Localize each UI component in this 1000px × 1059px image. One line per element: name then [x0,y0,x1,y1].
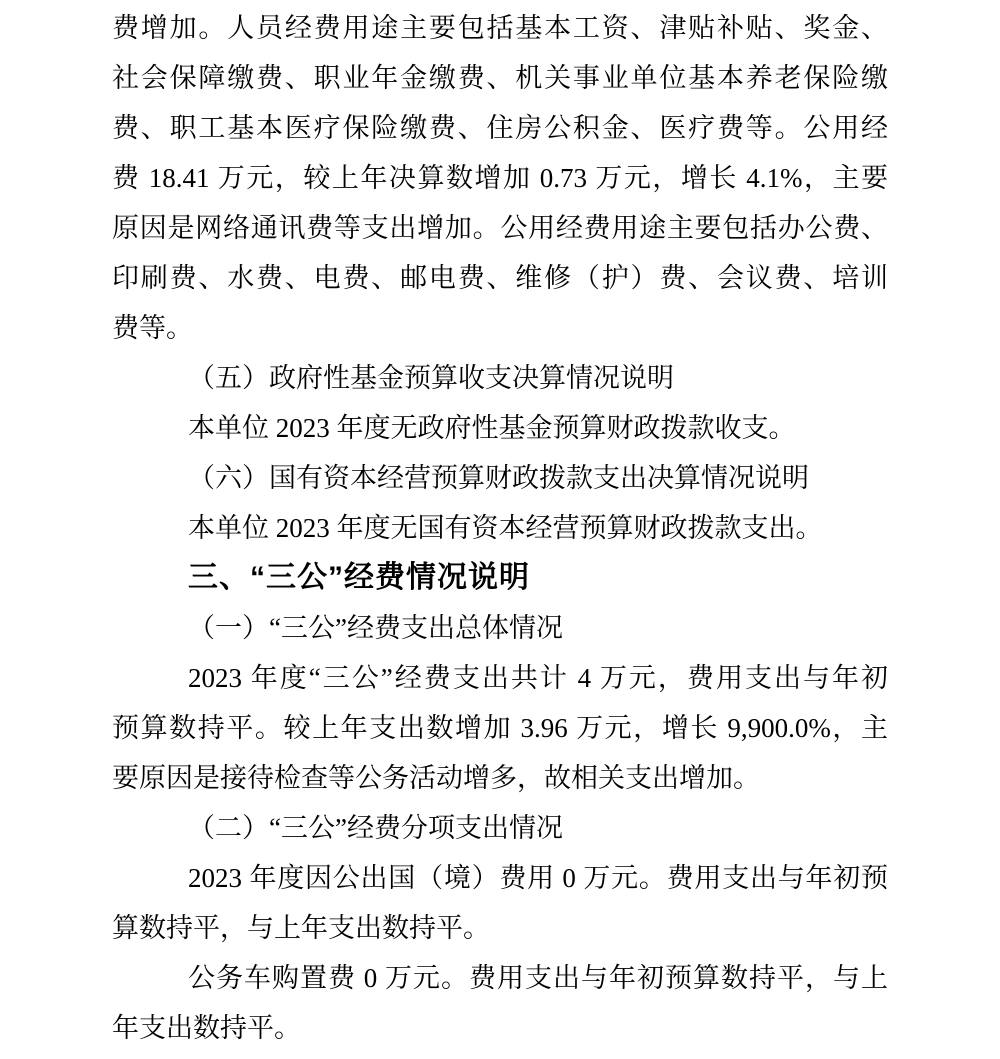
doc-line: 印刷费、水费、电费、邮电费、维修（护）费、会议费、培训 [112,253,888,303]
paragraph-gov-fund: 本单位 2023 年度无政府性基金预算财政拨款收支。 [112,403,888,453]
paragraph-overall-expense: 2023 年度“三公”经费支出共计 4 万元，费用支出与年初 [112,653,888,703]
subsection-heading-itemized: （二）“三公”经费分项支出情况 [112,803,888,853]
doc-line: 预算数持平。较上年支出数增加 3.96 万元，增长 9,900.0%，主 [112,703,888,753]
subsection-heading-overall: （一）“三公”经费支出总体情况 [112,603,888,653]
paragraph-state-capital: 本单位 2023 年度无国有资本经营预算财政拨款支出。 [112,503,888,553]
doc-line: 原因是网络通讯费等支出增加。公用经费用途主要包括办公费、 [112,203,888,253]
doc-line: 费等。 [112,303,888,353]
document-page: 费增加。人员经费用途主要包括基本工资、津贴补贴、奖金、 社会保障缴费、职业年金缴… [0,0,1000,1059]
doc-line: 年支出数持平。 [112,1003,888,1053]
paragraph-abroad-expense: 2023 年度因公出国（境）费用 0 万元。费用支出与年初预 [112,853,888,903]
doc-line: 费、职工基本医疗保险缴费、住房公积金、医疗费等。公用经 [112,103,888,153]
doc-line: 要原因是接待检查等公务活动增多，故相关支出增加。 [112,753,888,803]
paragraph-vehicle-expense: 公务车购置费 0 万元。费用支出与年初预算数持平，与上 [112,953,888,1003]
document-content: 费增加。人员经费用途主要包括基本工资、津贴补贴、奖金、 社会保障缴费、职业年金缴… [112,3,888,1053]
subsection-heading-state-capital: （六）国有资本经营预算财政拨款支出决算情况说明 [112,453,888,503]
doc-line: 算数持平，与上年支出数持平。 [112,903,888,953]
doc-line: 费 18.41 万元，较上年决算数增加 0.73 万元，增长 4.1%，主要 [112,153,888,203]
section-heading-sangong: 三、“三公”经费情况说明 [112,553,888,603]
doc-line: 社会保障缴费、职业年金缴费、机关事业单位基本养老保险缴 [112,53,888,103]
subsection-heading-gov-fund: （五）政府性基金预算收支决算情况说明 [112,353,888,403]
doc-line: 费增加。人员经费用途主要包括基本工资、津贴补贴、奖金、 [112,3,888,53]
